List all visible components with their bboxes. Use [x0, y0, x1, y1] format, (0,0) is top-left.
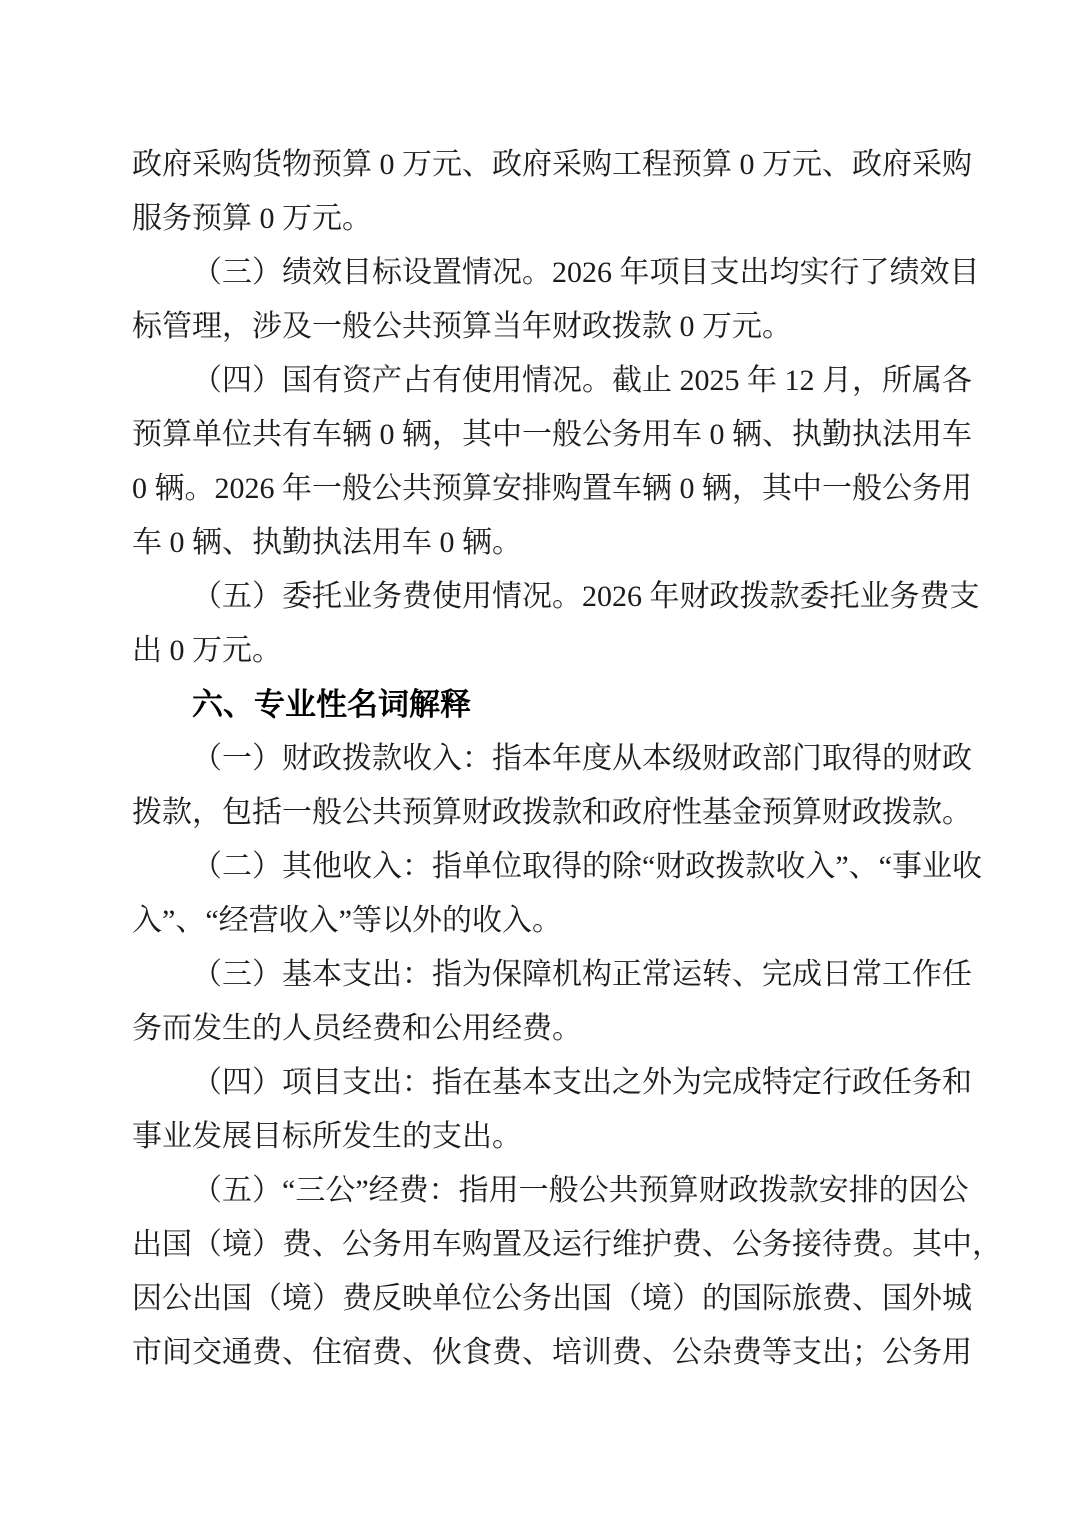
text-line-9: （五）委托业务费使用情况。2026 年财政拨款委托业务费支 — [132, 570, 944, 624]
text-line-3: （三）绩效目标设置情况。2026 年项目支出均实行了绩效目 — [132, 246, 944, 300]
text-line-1: 政府采购货物预算 0 万元、政府采购工程预算 0 万元、政府采购 — [132, 138, 944, 192]
text-line-6: 预算单位共有车辆 0 辆，其中一般公务用车 0 辆、执勤执法用车 — [132, 408, 944, 462]
text-line-19: 事业发展目标所发生的支出。 — [132, 1110, 944, 1164]
text-line-20: （五）“三公”经费：指用一般公共预算财政拨款安排的因公 — [132, 1164, 944, 1218]
text-line-10: 出 0 万元。 — [132, 624, 944, 678]
document-text-block: 政府采购货物预算 0 万元、政府采购工程预算 0 万元、政府采购服务预算 0 万… — [132, 138, 944, 1380]
text-line-16: （三）基本支出：指为保障机构正常运转、完成日常工作任 — [132, 948, 944, 1002]
text-line-18: （四）项目支出：指在基本支出之外为完成特定行政任务和 — [132, 1056, 944, 1110]
text-line-4: 标管理，涉及一般公共预算当年财政拨款 0 万元。 — [132, 300, 944, 354]
text-line-15: 入”、“经营收入”等以外的收入。 — [132, 894, 944, 948]
text-line-21: 出国（境）费、公务用车购置及运行维护费、公务接待费。其中， — [132, 1218, 944, 1272]
text-line-17: 务而发生的人员经费和公用经费。 — [132, 1002, 944, 1056]
text-line-2: 服务预算 0 万元。 — [132, 192, 944, 246]
text-line-14: （二）其他收入：指单位取得的除“财政拨款收入”、“事业收 — [132, 840, 944, 894]
document-page: 政府采购货物预算 0 万元、政府采购工程预算 0 万元、政府采购服务预算 0 万… — [0, 0, 1074, 1520]
text-line-12: （一）财政拨款收入：指本年度从本级财政部门取得的财政 — [132, 732, 944, 786]
text-line-8: 车 0 辆、执勤执法用车 0 辆。 — [132, 516, 944, 570]
text-line-7: 0 辆。2026 年一般公共预算安排购置车辆 0 辆，其中一般公务用 — [132, 462, 944, 516]
text-line-23: 市间交通费、住宿费、伙食费、培训费、公杂费等支出；公务用 — [132, 1326, 944, 1380]
section-heading: 六、专业性名词解释 — [132, 678, 944, 732]
text-line-5: （四）国有资产占有使用情况。截止 2025 年 12 月，所属各 — [132, 354, 944, 408]
text-line-22: 因公出国（境）费反映单位公务出国（境）的国际旅费、国外城 — [132, 1272, 944, 1326]
text-line-13: 拨款，包括一般公共预算财政拨款和政府性基金预算财政拨款。 — [132, 786, 944, 840]
